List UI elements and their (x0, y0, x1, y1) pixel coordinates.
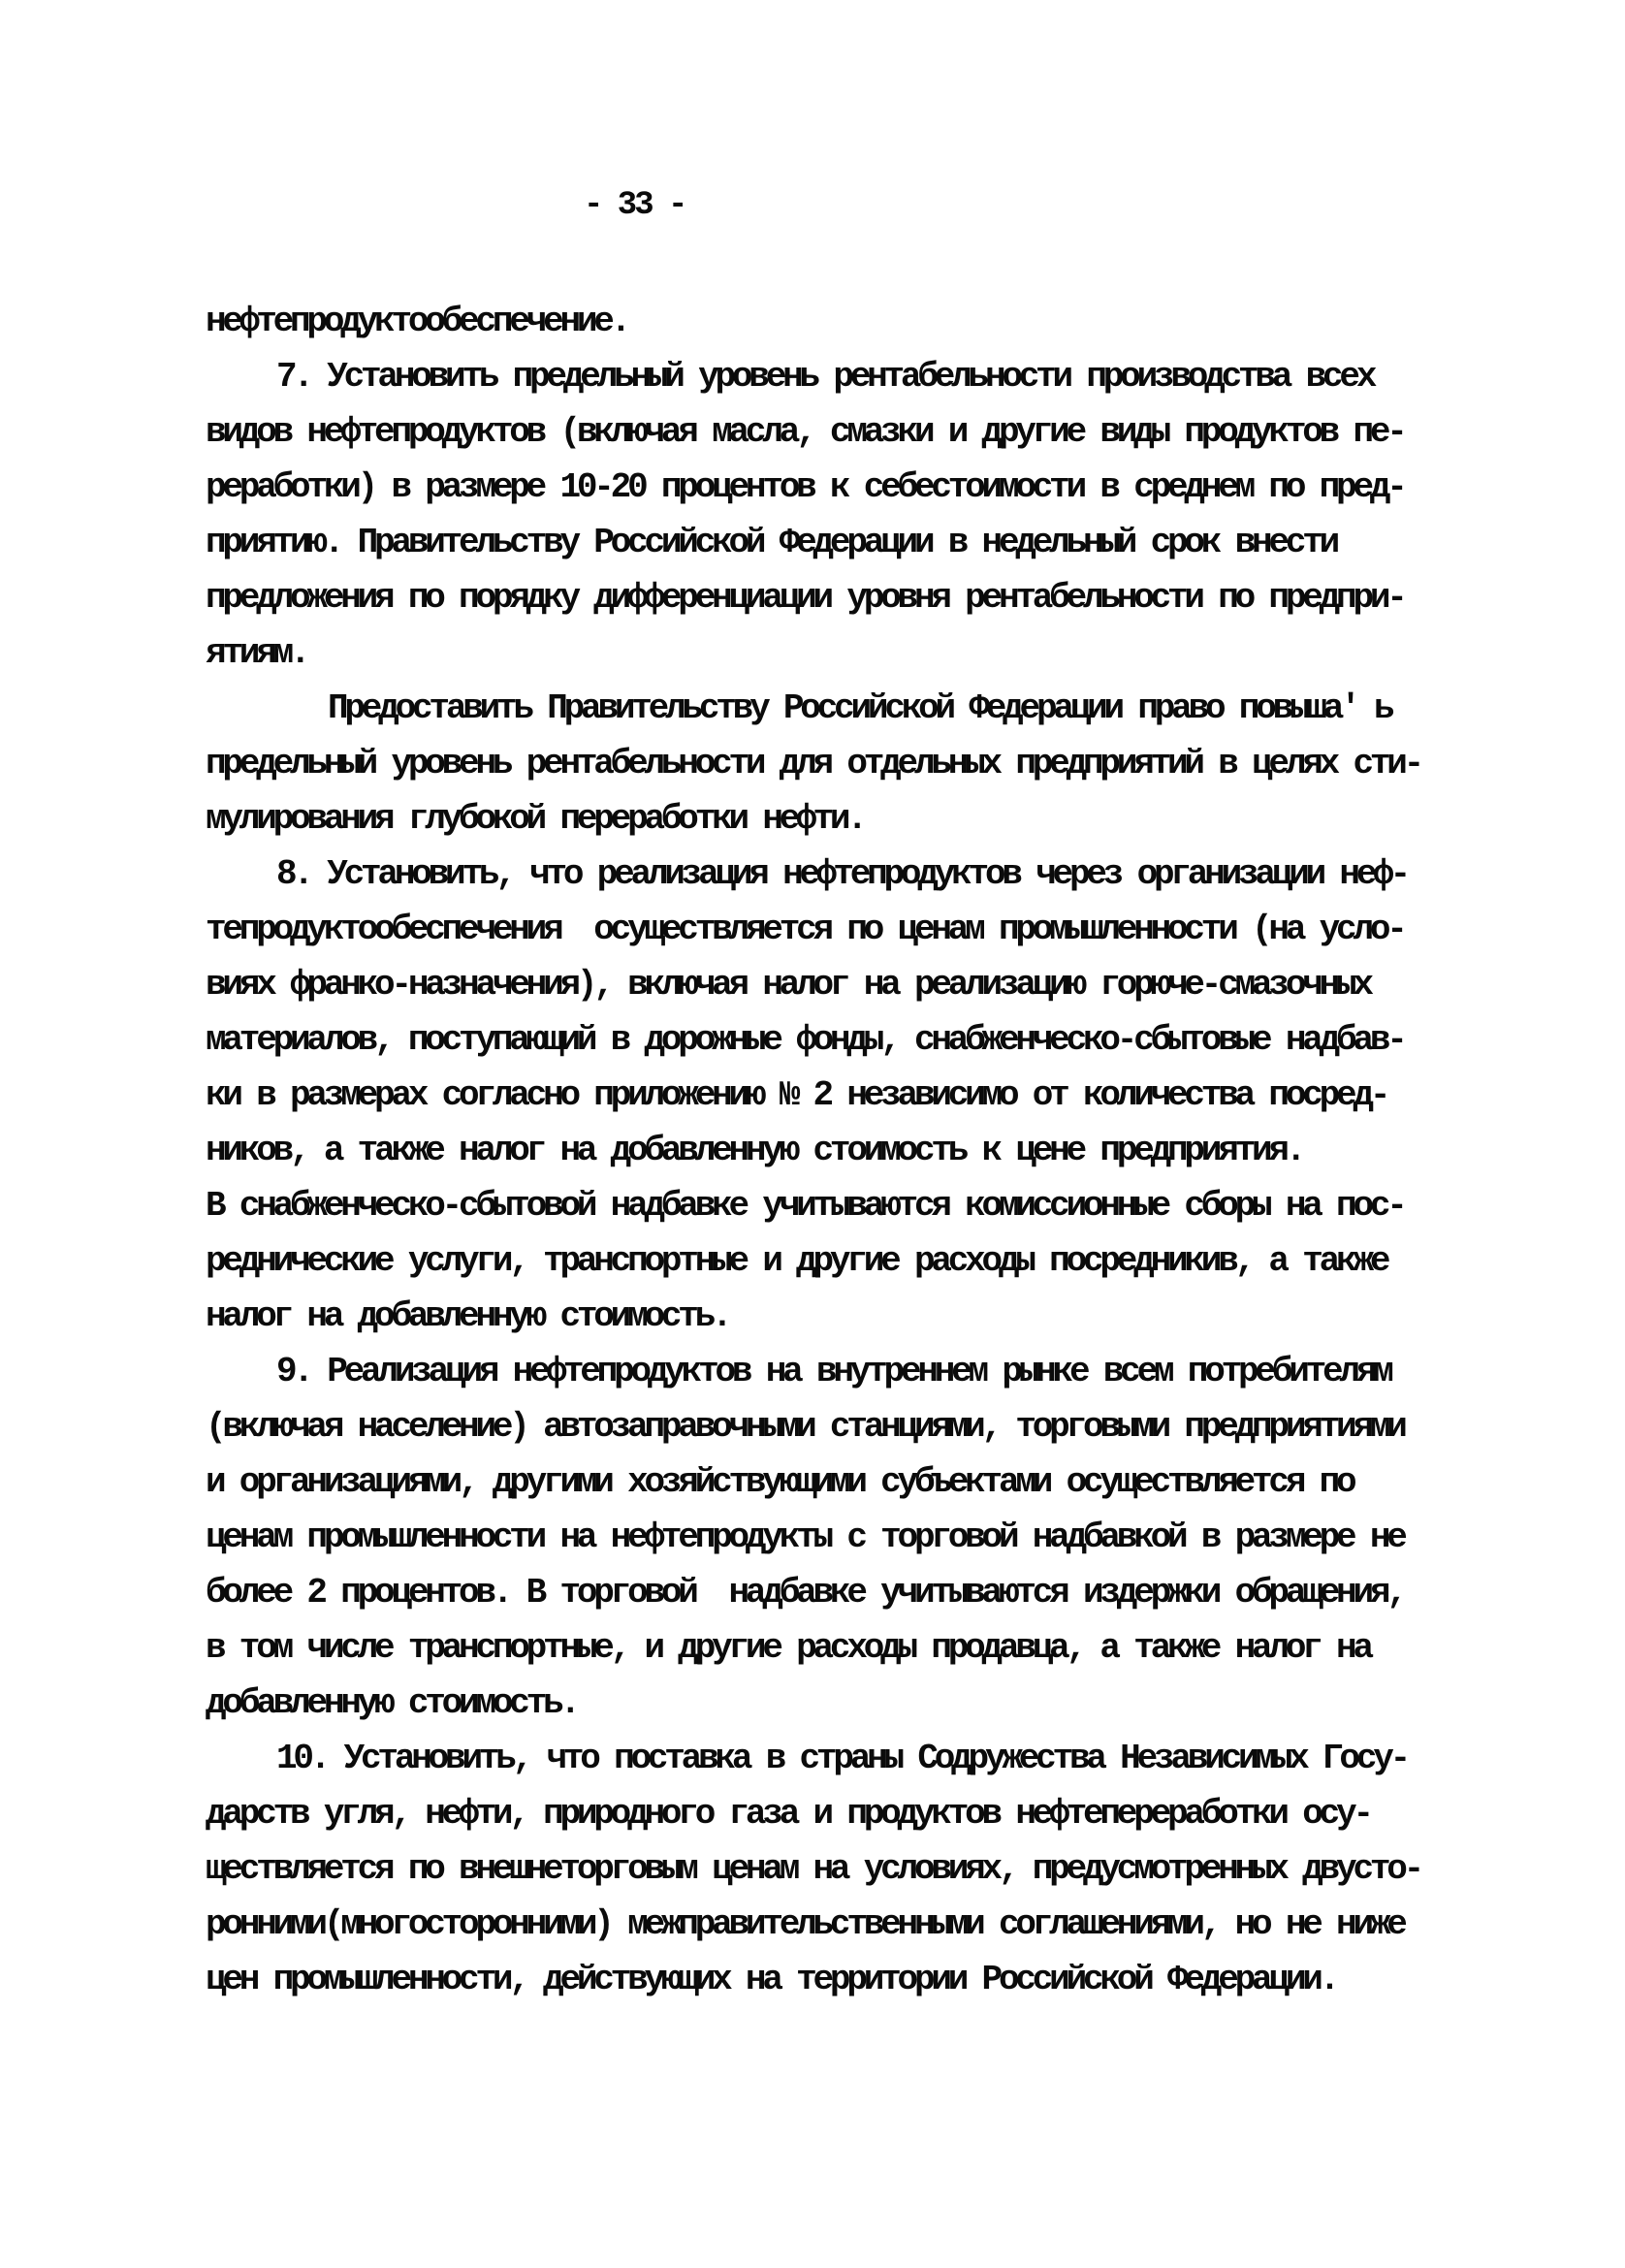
text-line: В снабженческо-сбытовой надбавке учитыва… (206, 1178, 1495, 1233)
text-line: приятию. Правительству Российской Федера… (206, 515, 1495, 570)
text-line: предельный уровень рентабельности для от… (206, 736, 1495, 791)
text-line: мулирования глубокой переработки нефти. (206, 791, 1495, 847)
text-line: 8. Установить, что реализация нефтепроду… (206, 847, 1495, 902)
text-line: ников, а также налог на добавленную стои… (206, 1123, 1495, 1178)
text-line: ществляется по внешнеторговым ценам на у… (206, 1841, 1495, 1897)
document-page: - 33 - нефтепродуктообеспечение.7. Устан… (0, 0, 1625, 2268)
text-line: ценам промышленности на нефтепродукты с … (206, 1510, 1495, 1565)
text-line: 7. Установить предельный уровень рентабе… (206, 349, 1495, 404)
text-line: 10. Установить, что поставка в страны Со… (206, 1731, 1495, 1786)
page-number: - 33 - (584, 187, 685, 224)
text-line: реднические услуги, транспортные и други… (206, 1233, 1495, 1289)
text-line: цен промышленности, действующих на терри… (206, 1952, 1495, 2007)
text-line: ронними(многосторонними) межправительств… (206, 1897, 1495, 1952)
text-line: ятиям. (206, 625, 1495, 681)
text-line: (включая население) автозаправочными ста… (206, 1399, 1495, 1454)
document-body: нефтепродуктообеспечение.7. Установить п… (206, 294, 1495, 2007)
text-line: нефтепродуктообеспечение. (206, 294, 1495, 349)
text-line: 9. Реализация нефтепродуктов на внутренн… (206, 1344, 1495, 1399)
text-line: и организациями, другими хозяйствующими … (206, 1454, 1495, 1510)
text-line: видов нефтепродуктов (включая масла, сма… (206, 404, 1495, 460)
text-line: предложения по порядку дифференциации ур… (206, 570, 1495, 625)
text-line: в том числе транспортные, и другие расхо… (206, 1620, 1495, 1676)
text-line: более 2 процентов. В торговой надбавке у… (206, 1565, 1495, 1620)
text-line: добавленную стоимость. (206, 1676, 1495, 1731)
text-line: налог на добавленную стоимость. (206, 1289, 1495, 1344)
text-line: тепродуктообеспечения осуществляется по … (206, 902, 1495, 957)
text-line: дарств угля, нефти, природного газа и пр… (206, 1786, 1495, 1841)
text-line: ки в размерах согласно приложению № 2 не… (206, 1068, 1495, 1123)
text-line: материалов, поступающий в дорожные фонды… (206, 1012, 1495, 1068)
text-line: виях франко-назначения), включая налог н… (206, 957, 1495, 1012)
text-line: реработки) в размере 10-20 процентов к с… (206, 460, 1495, 515)
text-line: Предоставить Правительству Российской Фе… (206, 681, 1495, 736)
